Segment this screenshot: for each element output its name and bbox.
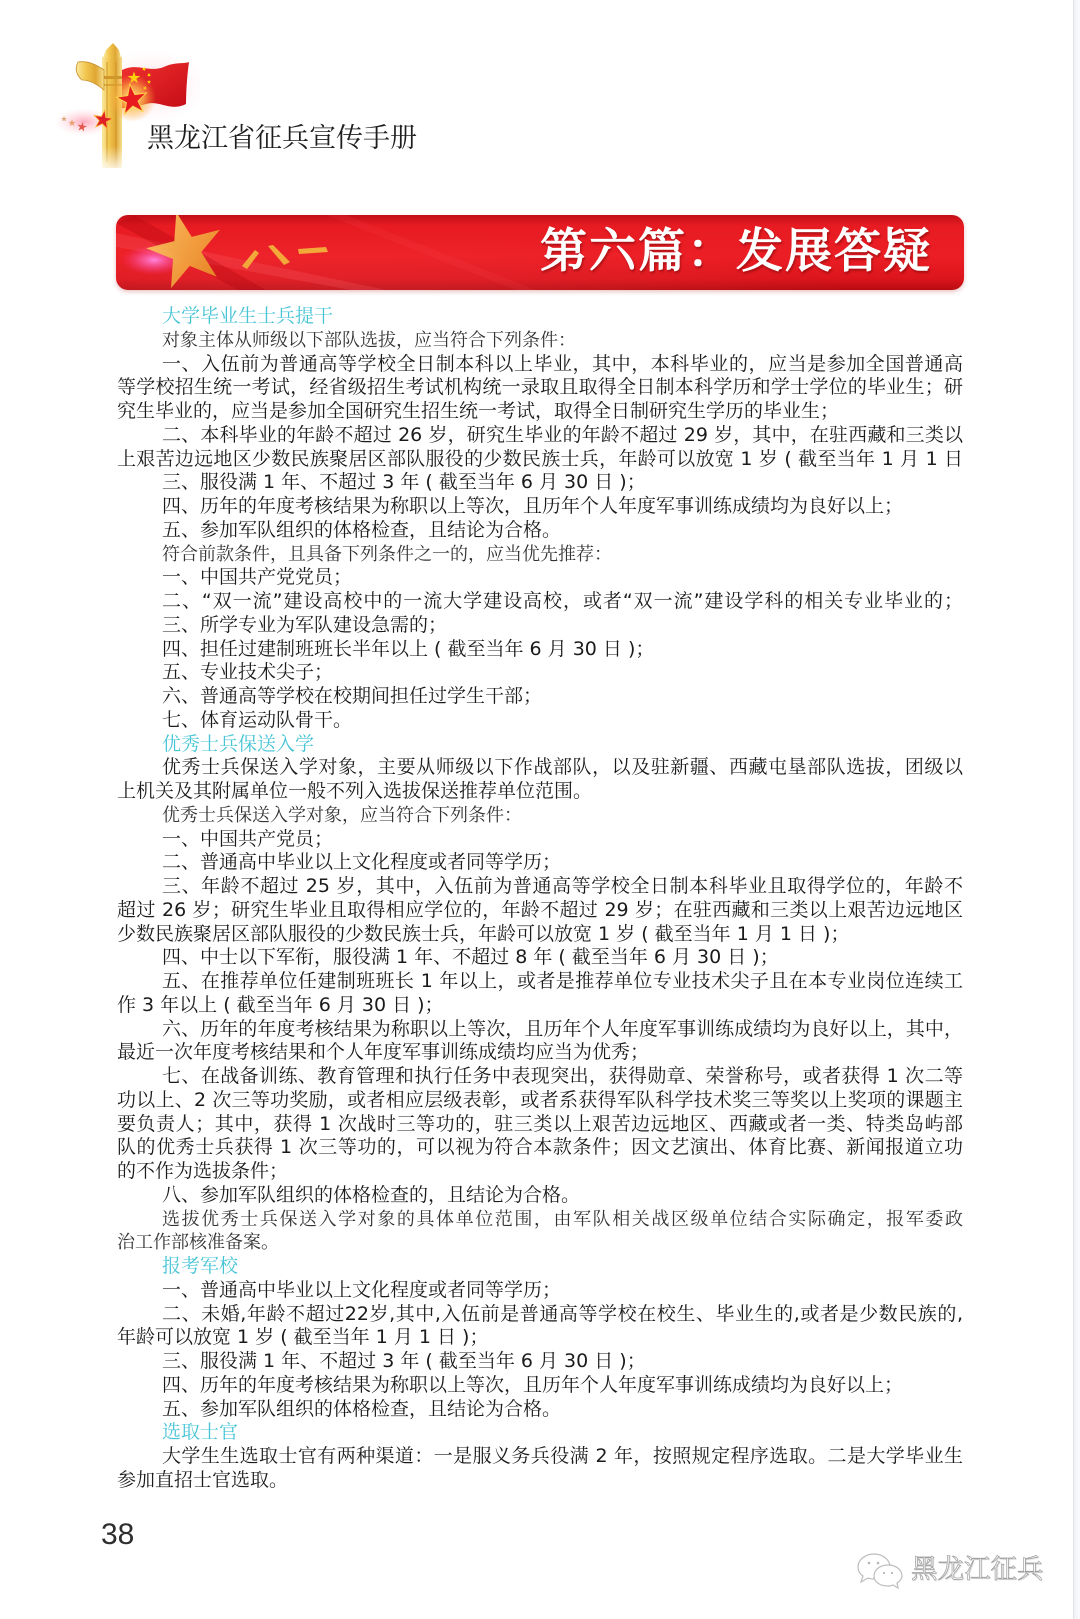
section-military-academy-exam: 报考军校 一、普通高中毕业以上文化程度或者同等学历； 二、未婚,年龄不超过22岁…	[117, 1255, 963, 1421]
body-line: 七、体育运动队骨干。	[117, 709, 963, 733]
note-line: 治工作部核准备案。	[117, 1231, 963, 1255]
body-line: 究生毕业的，应当是参加全国研究生招生统一考试，取得全日制研究生学历的毕业生；	[117, 400, 963, 424]
body-line: 四、历年的年度考核结果为称职以上等次，且历年个人年度军事训练成绩均为良好以上；	[117, 495, 963, 519]
body-line: 二、普通高中毕业以上文化程度或者同等学历；	[117, 851, 963, 875]
section-heading: 选取士官	[117, 1421, 963, 1445]
content-body: 大学毕业生士兵提干 对象主体从师级以下部队选拔，应当符合下列条件： 一、入伍前为…	[117, 305, 963, 1493]
page-edge-line	[1073, 0, 1074, 1619]
body-line: 五、参加军队组织的体格检查，且结论为合格。	[117, 519, 963, 543]
body-line: 作 3 年以上 ( 截至当年 6 月 30 日 )；	[117, 994, 963, 1018]
note-line: 符合前款条件，且具备下列条件之一的，应当优先推荐：	[117, 543, 963, 567]
body-line: 一、中国共产党党员；	[117, 566, 963, 590]
body-line: 三、年龄不超过 25 岁，其中，入伍前为普通高等学校全日制本科毕业且取得学位的，…	[117, 875, 963, 899]
section-heading: 优秀士兵保送入学	[117, 733, 963, 757]
body-line: 三、所学专业为军队建设急需的；	[117, 614, 963, 638]
body-line: 二、本科毕业的年龄不超过 26 岁，研究生毕业的年龄不超过 29 岁，其中，在驻…	[117, 424, 963, 448]
body-line: 三、服役满 1 年、不超过 3 年 ( 截至当年 6 月 30 日 )；	[117, 1350, 963, 1374]
wechat-icon	[856, 1551, 904, 1589]
note-line: 对象主体从师级以下部队选拔，应当符合下列条件：	[117, 329, 963, 353]
body-line: 超过 26 岁；研究生毕业且取得相应学位的，年龄不超过 29 岁；在驻西藏和三类…	[117, 899, 963, 923]
watermark-account-name: 黑龙江征兵	[911, 1555, 1044, 1585]
body-line: 优秀士兵保送入学对象，主要从师级以下作战部队，以及驻新疆、西藏屯垦部队选拔，团级…	[117, 756, 963, 780]
body-line: 上艰苦边远地区少数民族聚居区部队服役的少数民族士兵，年龄可以放宽 1 岁 ( 截…	[117, 448, 963, 472]
body-line: 四、担任过建制班班长半年以上 ( 截至当年 6 月 30 日 )；	[117, 638, 963, 662]
body-line: 最近一次年度考核结果和个人年度军事训练成绩均应当为优秀；	[117, 1041, 963, 1065]
section-heading: 大学毕业生士兵提干	[117, 305, 963, 329]
body-line: 的不作为选拔条件；	[117, 1160, 963, 1184]
body-line: 二、未婚,年龄不超过22岁,其中,入伍前是普通高等学校在校生、毕业生的,或者是少…	[117, 1303, 963, 1327]
body-line: 上机关及其附属单位一般不列入选拔保送推荐单位范围。	[117, 780, 963, 804]
body-line: 队的优秀士兵获得 1 次三等功的，可以视为符合本款条件；因文艺演出、体育比赛、新…	[117, 1136, 963, 1160]
page-edge-shadow	[1073, 0, 1080, 1619]
body-line: 七、在战备训练、教育管理和执行任务中表现突出，获得勋章、荣誉称号，或者获得 1 …	[117, 1065, 963, 1089]
body-line: 一、普通高中毕业以上文化程度或者同等学历；	[117, 1279, 963, 1303]
page-number: 38	[101, 1519, 134, 1551]
body-line: 年龄可以放宽 1 岁 ( 截至当年 1 月 1 日 )；	[117, 1326, 963, 1350]
body-line: 要负责人；其中，获得 1 次战时三等功的，驻三类以上艰苦边远地区、西藏或者一类、…	[117, 1113, 963, 1137]
handbook-title: 黑龙江省征兵宣传手册	[147, 123, 417, 155]
body-line: 等学校招生统一考试，经省级招生考试机构统一录取且取得全日制本科学历和学士学位的毕…	[117, 376, 963, 400]
section-nco-selection: 选取士官 大学生生选取士官有两种渠道：一是服义务兵役满 2 年，按照规定程序选取…	[117, 1421, 963, 1492]
section-soldier-officer-promotion: 大学毕业生士兵提干 对象主体从师级以下部队选拔，应当符合下列条件： 一、入伍前为…	[117, 305, 963, 733]
chapter-banner: 第六篇：发展答疑	[116, 215, 964, 290]
chapter-title: 第六篇：发展答疑	[540, 226, 932, 278]
body-line: 六、历年的年度考核结果为称职以上等次，且历年个人年度军事训练成绩均为良好以上，其…	[117, 1018, 963, 1042]
body-line: 功以上、2 次三等功奖励，或者相应层级表彰，或者系获得军队科学技术奖三等奖以上奖…	[117, 1089, 963, 1113]
body-line: 一、入伍前为普通高等学校全日制本科以上毕业，其中，本科毕业的，应当是参加全国普通…	[117, 353, 963, 377]
note-line: 选拔优秀士兵保送入学对象的具体单位范围，由军队相关战区级单位结合实际确定，报军委…	[117, 1208, 963, 1232]
body-line: 参加直招士官选取。	[117, 1469, 963, 1493]
body-line: 六、普通高等学校在校期间担任过学生干部；	[117, 685, 963, 709]
note-line: 优秀士兵保送入学对象，应当符合下列条件：	[117, 804, 963, 828]
body-line: 四、中士以下军衔，服役满 1 年、不超过 8 年 ( 截至当年 6 月 30 日…	[117, 946, 963, 970]
body-line: 五、专业技术尖子；	[117, 661, 963, 685]
body-line: 一、中国共产党员；	[117, 828, 963, 852]
section-outstanding-soldier-admission: 优秀士兵保送入学 优秀士兵保送入学对象，主要从师级以下作战部队，以及驻新疆、西藏…	[117, 733, 963, 1256]
body-line: 四、历年的年度考核结果为称职以上等次，且历年个人年度军事训练成绩均为良好以上；	[117, 1374, 963, 1398]
body-line: 少数民族聚居区部队服役的少数民族士兵，年龄可以放宽 1 岁 ( 截至当年 1 月…	[117, 923, 963, 947]
body-line: 二、“双一流”建设高校中的一流大学建设高校，或者“双一流”建设学科的相关专业毕业…	[117, 590, 963, 614]
body-line: 大学生生选取士官有两种渠道：一是服义务兵役满 2 年，按照规定程序选取。二是大学…	[117, 1445, 963, 1469]
body-line: 五、在推荐单位任建制班班长 1 年以上，或者是推荐单位专业技术尖子且在本专业岗位…	[117, 970, 963, 994]
body-line: 三、服役满 1 年、不超过 3 年 ( 截至当年 6 月 30 日 )；	[117, 471, 963, 495]
body-line: 五、参加军队组织的体格检查，且结论为合格。	[117, 1398, 963, 1422]
section-heading: 报考军校	[117, 1255, 963, 1279]
body-line: 八、参加军队组织的体格检查的，且结论为合格。	[117, 1184, 963, 1208]
